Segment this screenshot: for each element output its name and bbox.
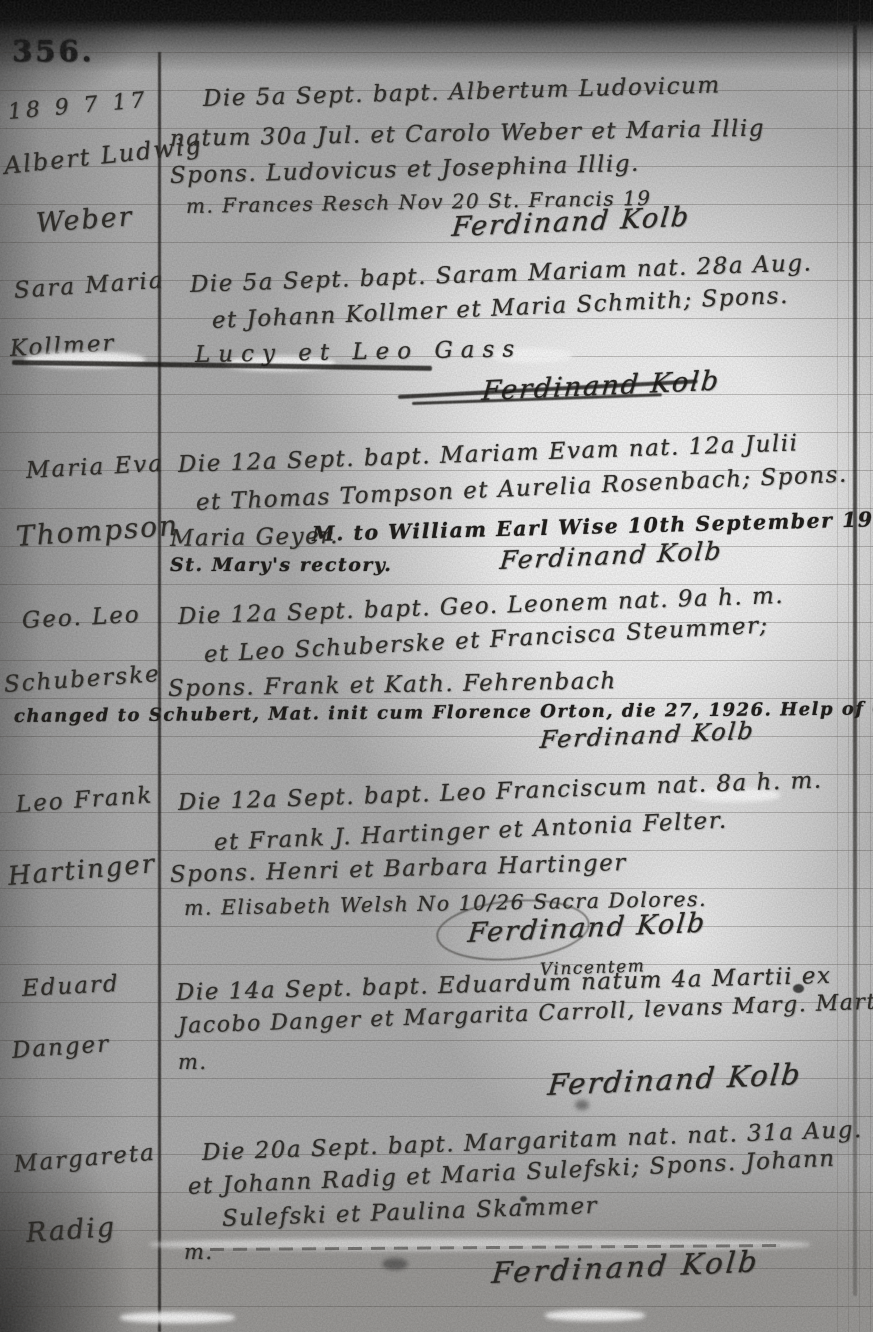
entry-6-signature: Ferdinand Kolb	[546, 1057, 803, 1102]
entry-1-line-2: natum 30a Jul. et Carolo Weber et Maria …	[170, 116, 765, 152]
entry-6-line-3: m.	[178, 1050, 208, 1074]
entry-3-marriage-note-2: St. Mary's rectory.	[170, 554, 392, 576]
entry-5-margin-surname: Hartinger	[7, 849, 158, 892]
entry-1-margin-date: 18 9 7 17	[7, 88, 150, 125]
whiteout-patch	[120, 1312, 235, 1323]
entry-5-margin-name: Leo Frank	[15, 782, 154, 818]
entry-4-margin-name: Geo. Leo	[21, 602, 141, 634]
entry-3-marriage-note: M. to William Earl Wise 10th September 1…	[312, 504, 873, 546]
entry-7-line-3: Sulefski et Paulina Skammer	[222, 1193, 599, 1232]
ink-smudge	[382, 1258, 408, 1270]
whiteout-patch	[545, 1310, 645, 1321]
margin-rule-line	[158, 52, 161, 1332]
entry-4-margin-surname: Schuberske	[3, 661, 161, 698]
register-page-scan: 356. 18 9 7 17 Albert Ludwig Weber Die 5…	[0, 0, 873, 1332]
entry-6-margin-name: Eduard	[21, 971, 120, 1002]
entry-7-margin-surname: Radig	[25, 1212, 117, 1249]
entry-7-signature: Ferdinand Kolb	[490, 1244, 761, 1290]
entry-4-signature: Ferdinand Kolb	[539, 717, 757, 755]
entry-1-margin-surname: Weber	[35, 201, 135, 239]
ink-smudge	[575, 1100, 589, 1110]
entry-7-margin-name: Margareta	[13, 1140, 157, 1178]
page-number: 356.	[12, 34, 95, 68]
entry-3-signature: Ferdinand Kolb	[499, 536, 724, 575]
entry-1-line-3: Spons. Ludovicus et Josephina Illig.	[170, 151, 640, 189]
entry-7-line-4: m.	[184, 1240, 214, 1264]
entry-4-line-3: Spons. Frank et Kath. Fehrenbach	[168, 668, 617, 702]
entry-3-margin-name: Maria Eva	[25, 451, 164, 484]
entry-3-margin-surname: Thompson	[15, 509, 180, 553]
ink-speck	[793, 984, 804, 993]
entry-5-line-3: Spons. Henri et Barbara Hartinger	[170, 850, 627, 888]
page-edge-line	[853, 24, 857, 1296]
entry-5-line-2: et Frank J. Hartinger et Antonia Felter.	[213, 808, 728, 856]
entry-1-line-1: Die 5a Sept. bapt. Albertum Ludovicum	[203, 72, 721, 112]
entry-6-margin-surname: Danger	[11, 1031, 111, 1064]
entry-2-margin-name: Sara Maria	[13, 268, 165, 304]
ink-speck	[520, 1196, 527, 1202]
